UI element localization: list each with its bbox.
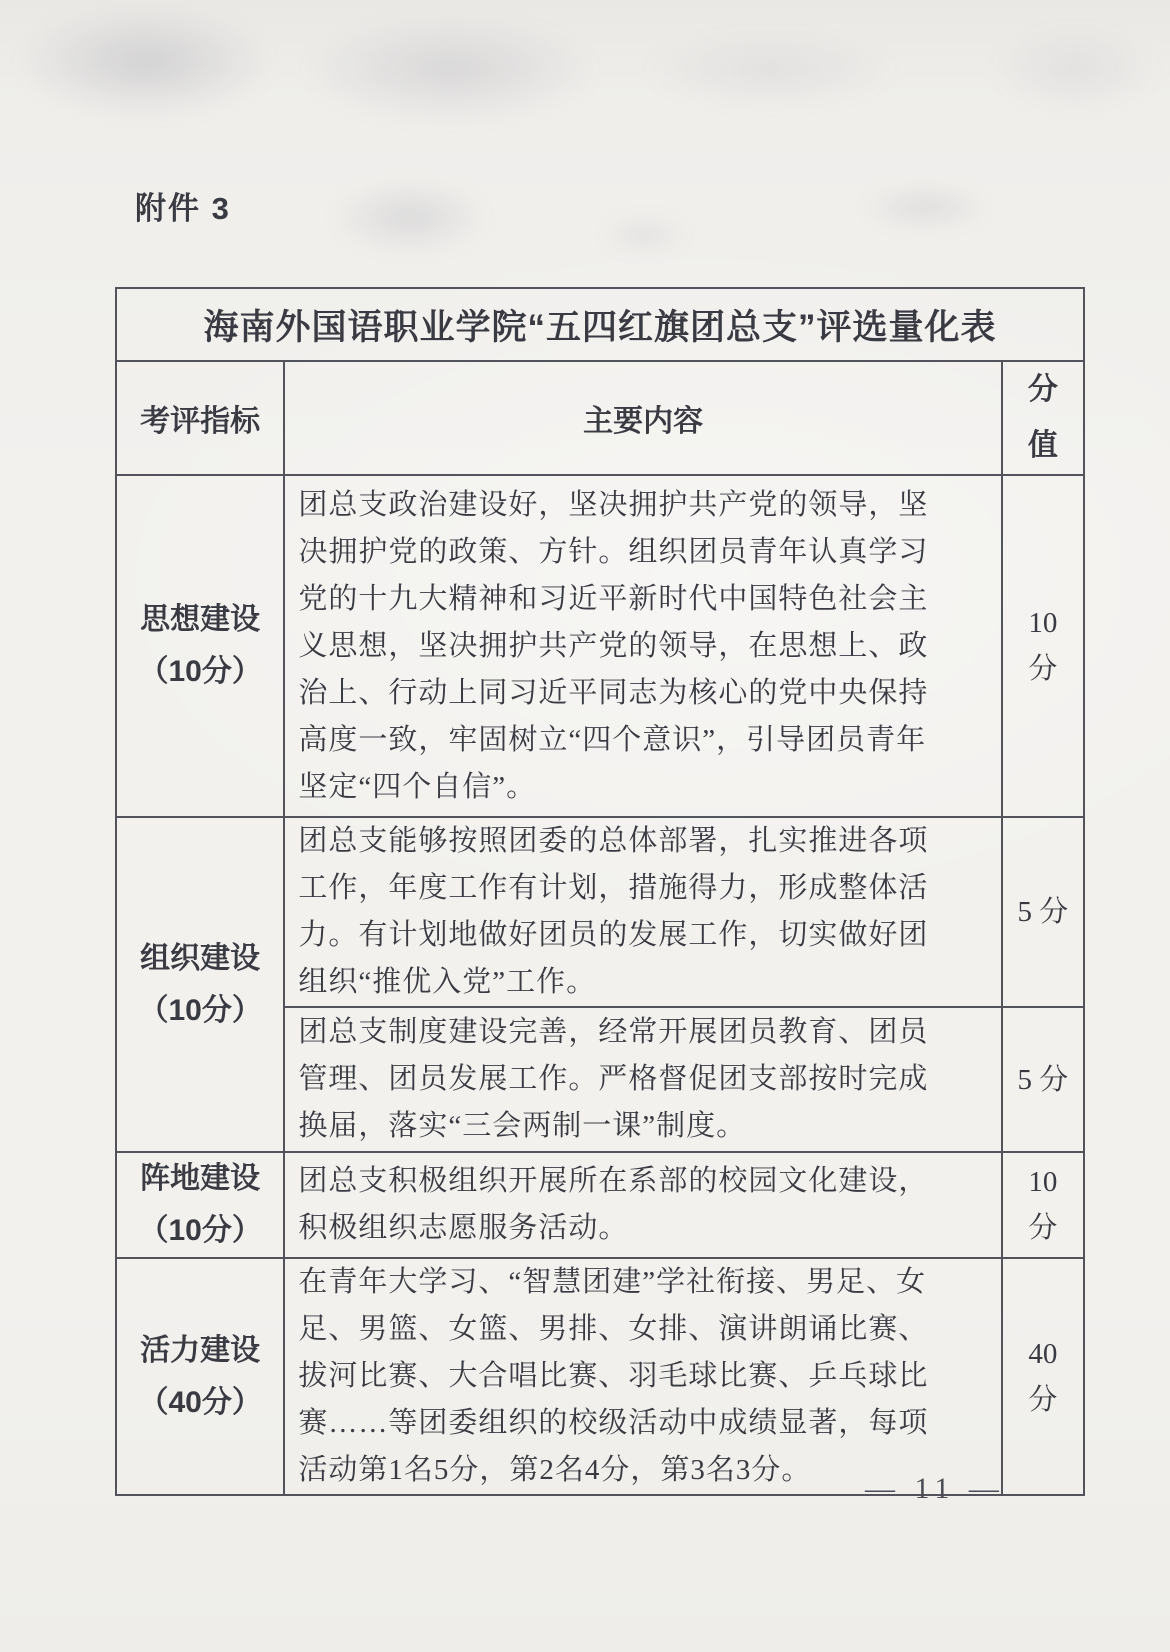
content-cell: 团总支能够按照团委的总体部署，扎实推进各项 工作，年度工作有计划，措施得力，形成… <box>284 817 1001 1007</box>
indicator-weight: （10分） <box>117 1205 283 1257</box>
content-cell: 团总支政治建设好，坚决拥护共产党的领导，坚 决拥护党的政策、方针。组织团员青年认… <box>284 475 1001 817</box>
indicator-cell: 思想建设 （10分） <box>116 475 284 817</box>
scan-smudge <box>300 15 600 125</box>
scanned-document-page: 附件 3 海南外国语职业学院“五四红旗团总支”评选量化表 考评指标 主要内容 分… <box>0 0 1170 1652</box>
indicator-name: 思想建设 <box>117 594 283 646</box>
score-cell: 10 分 <box>1002 475 1084 817</box>
table-row: 思想建设 （10分） 团总支政治建设好，坚决拥护共产党的领导，坚 决拥护党的政策… <box>116 475 1084 817</box>
score-cell: 10 分 <box>1002 1152 1084 1258</box>
scan-smudge <box>990 25 1160 115</box>
scan-smudge <box>15 5 275 120</box>
content-cell: 在青年大学习、“智慧团建”学社衔接、男足、女 足、男篮、女篮、男排、女排、演讲朗… <box>284 1258 1001 1495</box>
column-header-score-label: 分值 <box>1026 362 1060 474</box>
scan-smudge <box>640 30 900 110</box>
column-header-score: 分值 <box>1002 361 1084 475</box>
table-row: 组织建设 （10分） 团总支能够按照团委的总体部署，扎实推进各项 工作，年度工作… <box>116 817 1084 1007</box>
indicator-cell: 组织建设 （10分） <box>116 817 284 1152</box>
scan-smudge <box>860 185 990 230</box>
evaluation-table: 海南外国语职业学院“五四红旗团总支”评选量化表 考评指标 主要内容 分值 思想建… <box>115 287 1085 1496</box>
content-cell: 团总支积极组织开展所在系部的校园文化建设， 积极组织志愿服务活动。 <box>284 1152 1001 1258</box>
table-title-row: 海南外国语职业学院“五四红旗团总支”评选量化表 <box>116 288 1084 361</box>
table-title: 海南外国语职业学院“五四红旗团总支”评选量化表 <box>116 288 1084 361</box>
indicator-name: 活力建设 <box>117 1325 283 1377</box>
indicator-weight: （40分） <box>117 1377 283 1429</box>
content-cell: 团总支制度建设完善，经常开展团员教育、团员 管理、团员发展工作。严格督促团支部按… <box>284 1007 1001 1152</box>
table-row: 活力建设 （40分） 在青年大学习、“智慧团建”学社衔接、男足、女 足、男篮、女… <box>116 1258 1084 1495</box>
score-cell: 5 分 <box>1002 817 1084 1007</box>
indicator-cell: 阵地建设 （10分） <box>116 1152 284 1258</box>
column-header-indicator: 考评指标 <box>116 361 284 475</box>
score-cell: 40 分 <box>1002 1258 1084 1495</box>
score-cell: 5 分 <box>1002 1007 1084 1152</box>
indicator-cell: 活力建设 （40分） <box>116 1258 284 1495</box>
table-header-row: 考评指标 主要内容 分值 <box>116 361 1084 475</box>
column-header-content: 主要内容 <box>284 361 1001 475</box>
indicator-name: 阵地建设 <box>117 1153 283 1205</box>
indicator-name: 组织建设 <box>117 933 283 985</box>
scan-smudge <box>600 215 690 255</box>
attachment-label: 附件 3 <box>135 183 231 228</box>
indicator-weight: （10分） <box>117 985 283 1037</box>
page-number: — 11 — <box>865 1472 1005 1506</box>
table-row: 阵地建设 （10分） 团总支积极组织开展所在系部的校园文化建设， 积极组织志愿服… <box>116 1152 1084 1258</box>
indicator-weight: （10分） <box>117 646 283 698</box>
scan-smudge <box>330 180 490 255</box>
